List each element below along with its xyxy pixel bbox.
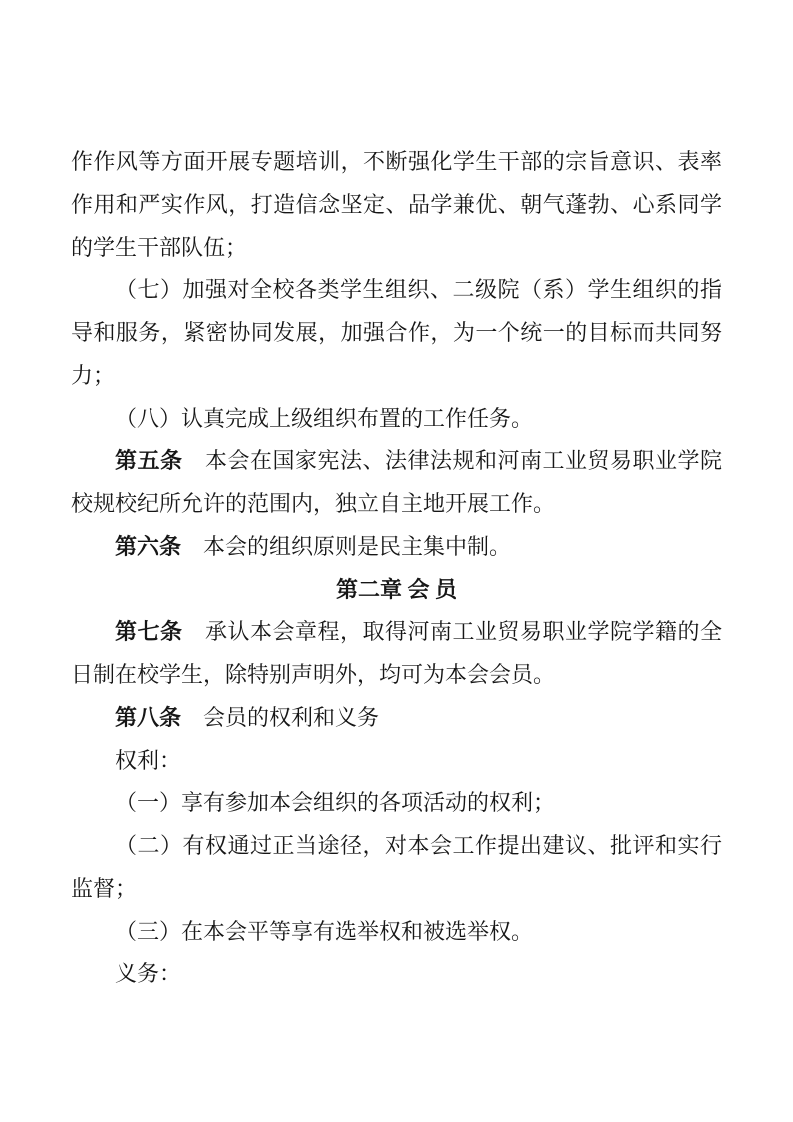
chapter-heading: 第二章 会 员	[71, 569, 722, 612]
article-paragraph: 第八条 会员的权利和义务	[71, 697, 722, 740]
article-number: 第六条	[115, 534, 181, 559]
article-text: 会员的权利和义务	[181, 705, 379, 730]
body-paragraph: （二）有权通过正当途径，对本会工作提出建议、批评和实行监督；	[71, 825, 722, 911]
article-text: 本会的组织原则是民主集中制。	[181, 534, 511, 559]
body-paragraph: （三）在本会平等享有选举权和被选举权。	[71, 911, 722, 954]
body-paragraph: 作作风等方面开展专题培训，不断强化学生干部的宗旨意识、表率作用和严实作风，打造信…	[71, 141, 722, 269]
article-number: 第七条	[115, 619, 183, 644]
article-number: 第八条	[115, 705, 181, 730]
page-content: 作作风等方面开展专题培训，不断强化学生干部的宗旨意识、表率作用和严实作风，打造信…	[0, 0, 793, 1122]
body-paragraph: （七）加强对全校各类学生组织、二级院（系）学生组织的指导和服务，紧密协同发展，加…	[71, 269, 722, 397]
article-paragraph: 第五条 本会在国家宪法、法律法规和河南工业贸易职业学院校规校纪所允许的范围内，独…	[71, 440, 722, 526]
body-paragraph: （八）认真完成上级组织布置的工作任务。	[71, 398, 722, 441]
document-page: 作作风等方面开展专题培训，不断强化学生干部的宗旨意识、表率作用和严实作风，打造信…	[0, 0, 793, 1122]
article-paragraph: 第七条 承认本会章程，取得河南工业贸易职业学院学籍的全日制在校学生，除特别声明外…	[71, 611, 722, 697]
body-paragraph: （一）享有参加本会组织的各项活动的权利；	[71, 782, 722, 825]
article-paragraph: 第六条 本会的组织原则是民主集中制。	[71, 526, 722, 569]
body-paragraph: 义务：	[71, 953, 722, 996]
body-paragraph: 权利：	[71, 740, 722, 783]
article-number: 第五条	[115, 448, 183, 473]
